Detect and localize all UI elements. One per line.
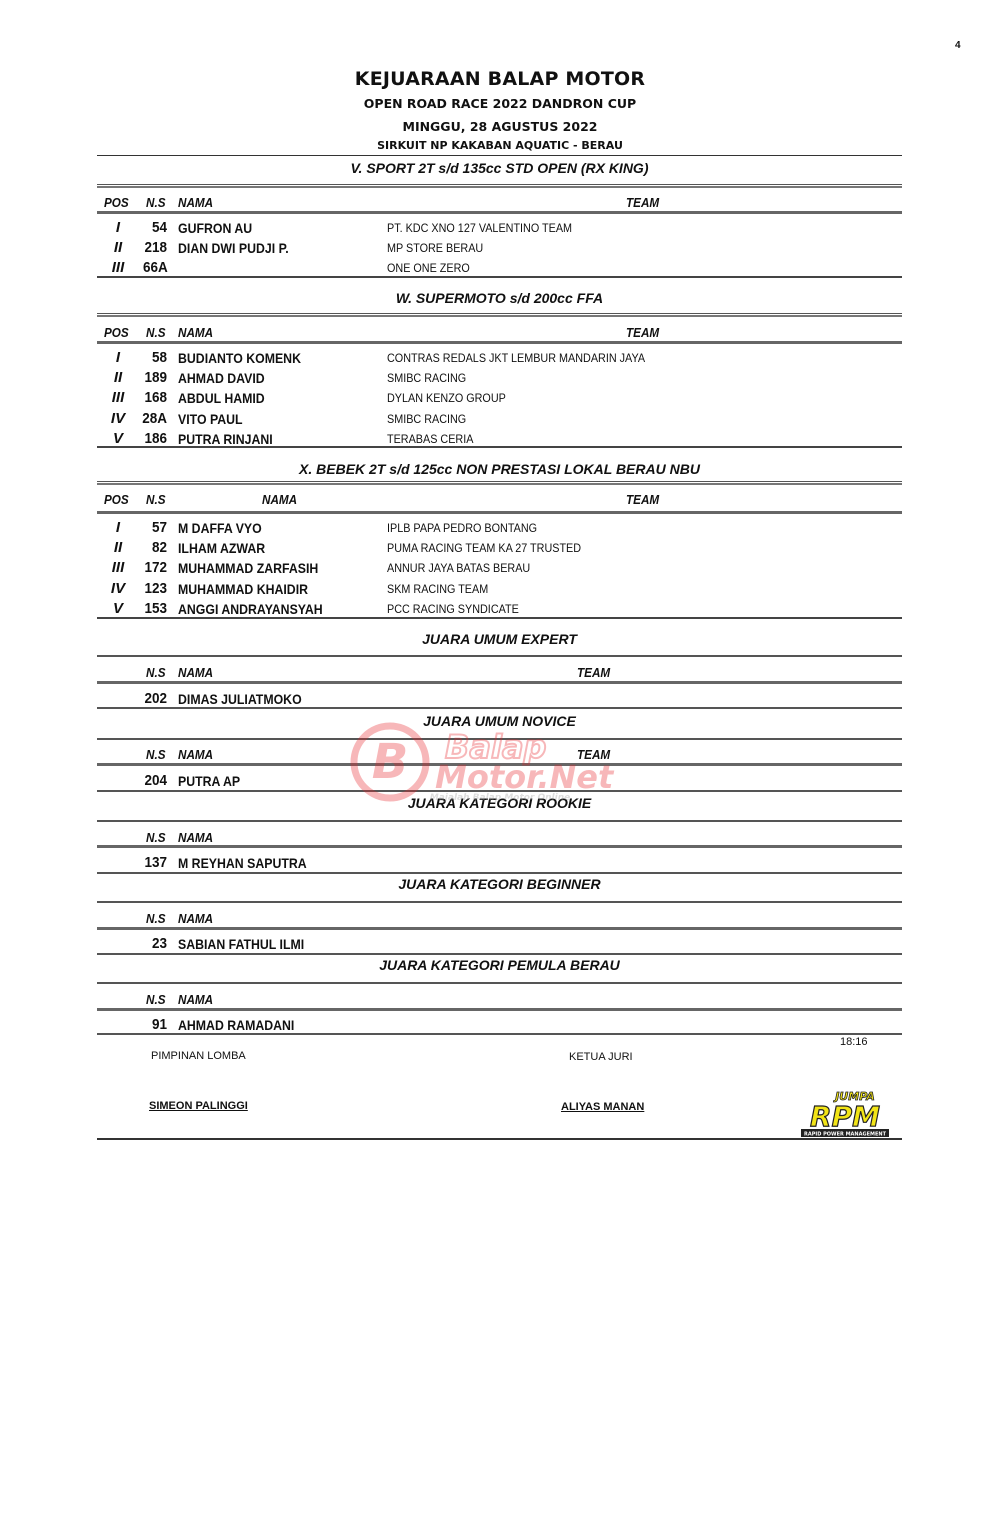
column-header-nama: NAMA — [178, 911, 213, 926]
rider-number: 186 — [122, 430, 167, 447]
chief-judge-name: ALIYAS MANAN — [561, 1101, 644, 1113]
race-director-name: SIMEON PALINGGI — [149, 1100, 248, 1112]
rider-name: GUFRON AU — [178, 220, 252, 236]
team-name: MP STORE BERAU — [387, 241, 483, 255]
column-header-ns: N.S — [146, 325, 166, 340]
champion-category-title: JUARA UMUM EXPERT — [97, 631, 902, 647]
rider-number: 172 — [122, 559, 167, 576]
rider-number: 23 — [122, 935, 167, 952]
champion-category-title: JUARA KATEGORI PEMULA BERAU — [97, 957, 902, 973]
champion-category-title: JUARA UMUM NOVICE — [97, 713, 902, 729]
rider-number: 204 — [122, 772, 167, 789]
rider-name: PUTRA AP — [178, 773, 240, 789]
svg-text:B: B — [372, 734, 409, 790]
team-name: PUMA RACING TEAM KA 27 TRUSTED — [387, 541, 581, 555]
page-title: KEJUARAAN BALAP MOTOR — [0, 68, 1000, 90]
event-date: MINGGU, 28 AGUSTUS 2022 — [0, 119, 1000, 134]
header-divider — [97, 341, 902, 344]
column-header-team: TEAM — [577, 747, 610, 762]
column-header-nama: NAMA — [178, 830, 213, 845]
section-divider — [97, 617, 902, 619]
result-position: III — [98, 259, 138, 276]
rider-number: 189 — [122, 369, 167, 386]
header-divider — [97, 184, 902, 188]
rider-number: 218 — [122, 239, 167, 256]
class-title: X. BEBEK 2T s/d 125cc NON PRESTASI LOKAL… — [97, 461, 902, 477]
header-divider — [97, 845, 902, 848]
footer-divider — [97, 1138, 902, 1140]
team-name: PCC RACING SYNDICATE — [387, 602, 519, 616]
header-divider — [97, 927, 902, 930]
svg-text:Balap: Balap — [445, 728, 546, 766]
champion-category-title: JUARA KATEGORI ROOKIE — [97, 795, 902, 811]
column-header-ns: N.S — [146, 992, 166, 1007]
rider-name: MUHAMMAD KHAIDIR — [178, 581, 308, 597]
rider-name: ILHAM AZWAR — [178, 540, 265, 556]
rider-name: ANGGI ANDRAYANSYAH — [178, 601, 323, 617]
section-divider — [97, 901, 902, 903]
team-name: ONE ONE ZERO — [387, 261, 470, 275]
champion-category-title: JUARA KATEGORI BEGINNER — [97, 876, 902, 892]
chief-judge-label: KETUA JURI — [569, 1051, 633, 1063]
rider-name: VITO PAUL — [178, 411, 243, 427]
section-divider — [97, 953, 902, 955]
header-divider — [97, 681, 902, 684]
column-header-nama: NAMA — [178, 325, 213, 340]
column-header-pos: POS — [104, 492, 129, 507]
column-header-team: TEAM — [626, 325, 659, 340]
rider-number: 66A — [143, 259, 188, 276]
header-divider — [97, 313, 902, 317]
section-divider — [97, 446, 902, 448]
rider-name: MUHAMMAD ZARFASIH — [178, 560, 318, 576]
rider-name: M DAFFA VYO — [178, 520, 262, 536]
column-header-nama: NAMA — [178, 665, 213, 680]
column-header-nama: NAMA — [262, 492, 297, 507]
column-header-ns: N.S — [146, 665, 166, 680]
column-header-ns: N.S — [146, 911, 166, 926]
rider-name: DIMAS JULIATMOKO — [178, 691, 302, 707]
section-divider — [97, 872, 902, 874]
team-name: ANNUR JAYA BATAS BERAU — [387, 561, 530, 575]
rider-name: AHMAD DAVID — [178, 370, 265, 386]
section-divider — [97, 707, 902, 709]
section-divider — [97, 155, 902, 156]
rider-number: 57 — [122, 519, 167, 536]
header-divider — [97, 481, 902, 485]
rider-number: 58 — [122, 349, 167, 366]
team-name: SMIBC RACING — [387, 371, 466, 385]
rider-number: 54 — [122, 219, 167, 236]
rider-number: 202 — [122, 690, 167, 707]
column-header-pos: POS — [104, 325, 129, 340]
column-header-pos: POS — [104, 195, 129, 210]
section-divider — [97, 982, 902, 984]
rider-name: SABIAN FATHUL ILMI — [178, 936, 304, 952]
rider-name: BUDIANTO KOMENK — [178, 350, 301, 366]
page-number: 4 — [955, 40, 961, 51]
rider-number: 168 — [122, 389, 167, 406]
column-header-nama: NAMA — [178, 992, 213, 1007]
team-name: DYLAN KENZO GROUP — [387, 391, 506, 405]
rider-number: 153 — [122, 600, 167, 617]
column-header-ns: N.S — [146, 195, 166, 210]
race-director-label: PIMPINAN LOMBA — [151, 1050, 246, 1062]
class-title: V. SPORT 2T s/d 135cc STD OPEN (RX KING) — [97, 160, 902, 176]
team-name: SMIBC RACING — [387, 412, 466, 426]
column-header-nama: NAMA — [178, 747, 213, 762]
print-time: 18:16 — [840, 1036, 868, 1048]
svg-text:RPM: RPM — [810, 1100, 880, 1133]
team-name: TERABAS CERIA — [387, 432, 473, 446]
section-divider — [97, 1033, 902, 1035]
jumpa-rpm-logo: JUMPA RPM RAPID POWER MANAGEMENT — [797, 1088, 893, 1140]
header-divider — [97, 1008, 902, 1011]
rider-name: PUTRA RINJANI — [178, 431, 273, 447]
team-name: IPLB PAPA PEDRO BONTANG — [387, 521, 537, 535]
rider-number: 91 — [122, 1016, 167, 1033]
rider-number: 28A — [122, 410, 167, 427]
column-header-team: TEAM — [626, 195, 659, 210]
svg-text:RAPID POWER MANAGEMENT: RAPID POWER MANAGEMENT — [804, 1132, 887, 1138]
rider-number: 123 — [122, 580, 167, 597]
section-divider — [97, 655, 902, 657]
column-header-ns: N.S — [146, 830, 166, 845]
column-header-ns: N.S — [146, 747, 166, 762]
section-divider — [97, 276, 902, 278]
column-header-nama: NAMA — [178, 195, 213, 210]
column-header-ns: N.S — [146, 492, 166, 507]
class-title: W. SUPERMOTO s/d 200cc FFA — [97, 290, 902, 306]
header-divider — [97, 763, 902, 766]
section-divider — [97, 790, 902, 792]
event-venue: SIRKUIT NP KAKABAN AQUATIC - BERAU — [0, 139, 1000, 152]
section-divider — [97, 820, 902, 822]
event-name: OPEN ROAD RACE 2022 DANDRON CUP — [0, 96, 1000, 111]
column-header-team: TEAM — [577, 665, 610, 680]
team-name: PT. KDC XNO 127 VALENTINO TEAM — [387, 221, 572, 235]
rider-number: 137 — [122, 854, 167, 871]
rider-name: M REYHAN SAPUTRA — [178, 855, 307, 871]
team-name: SKM RACING TEAM — [387, 582, 488, 596]
rider-name: ABDUL HAMID — [178, 390, 265, 406]
header-divider — [97, 211, 902, 214]
rider-number: 82 — [122, 539, 167, 556]
section-divider — [97, 738, 902, 740]
rider-name: AHMAD RAMADANI — [178, 1017, 294, 1033]
column-header-team: TEAM — [626, 492, 659, 507]
team-name: CONTRAS REDALS JKT LEMBUR MANDARIN JAYA — [387, 351, 645, 365]
header-divider — [97, 511, 902, 514]
rider-name: DIAN DWI PUDJI P. — [178, 240, 289, 256]
